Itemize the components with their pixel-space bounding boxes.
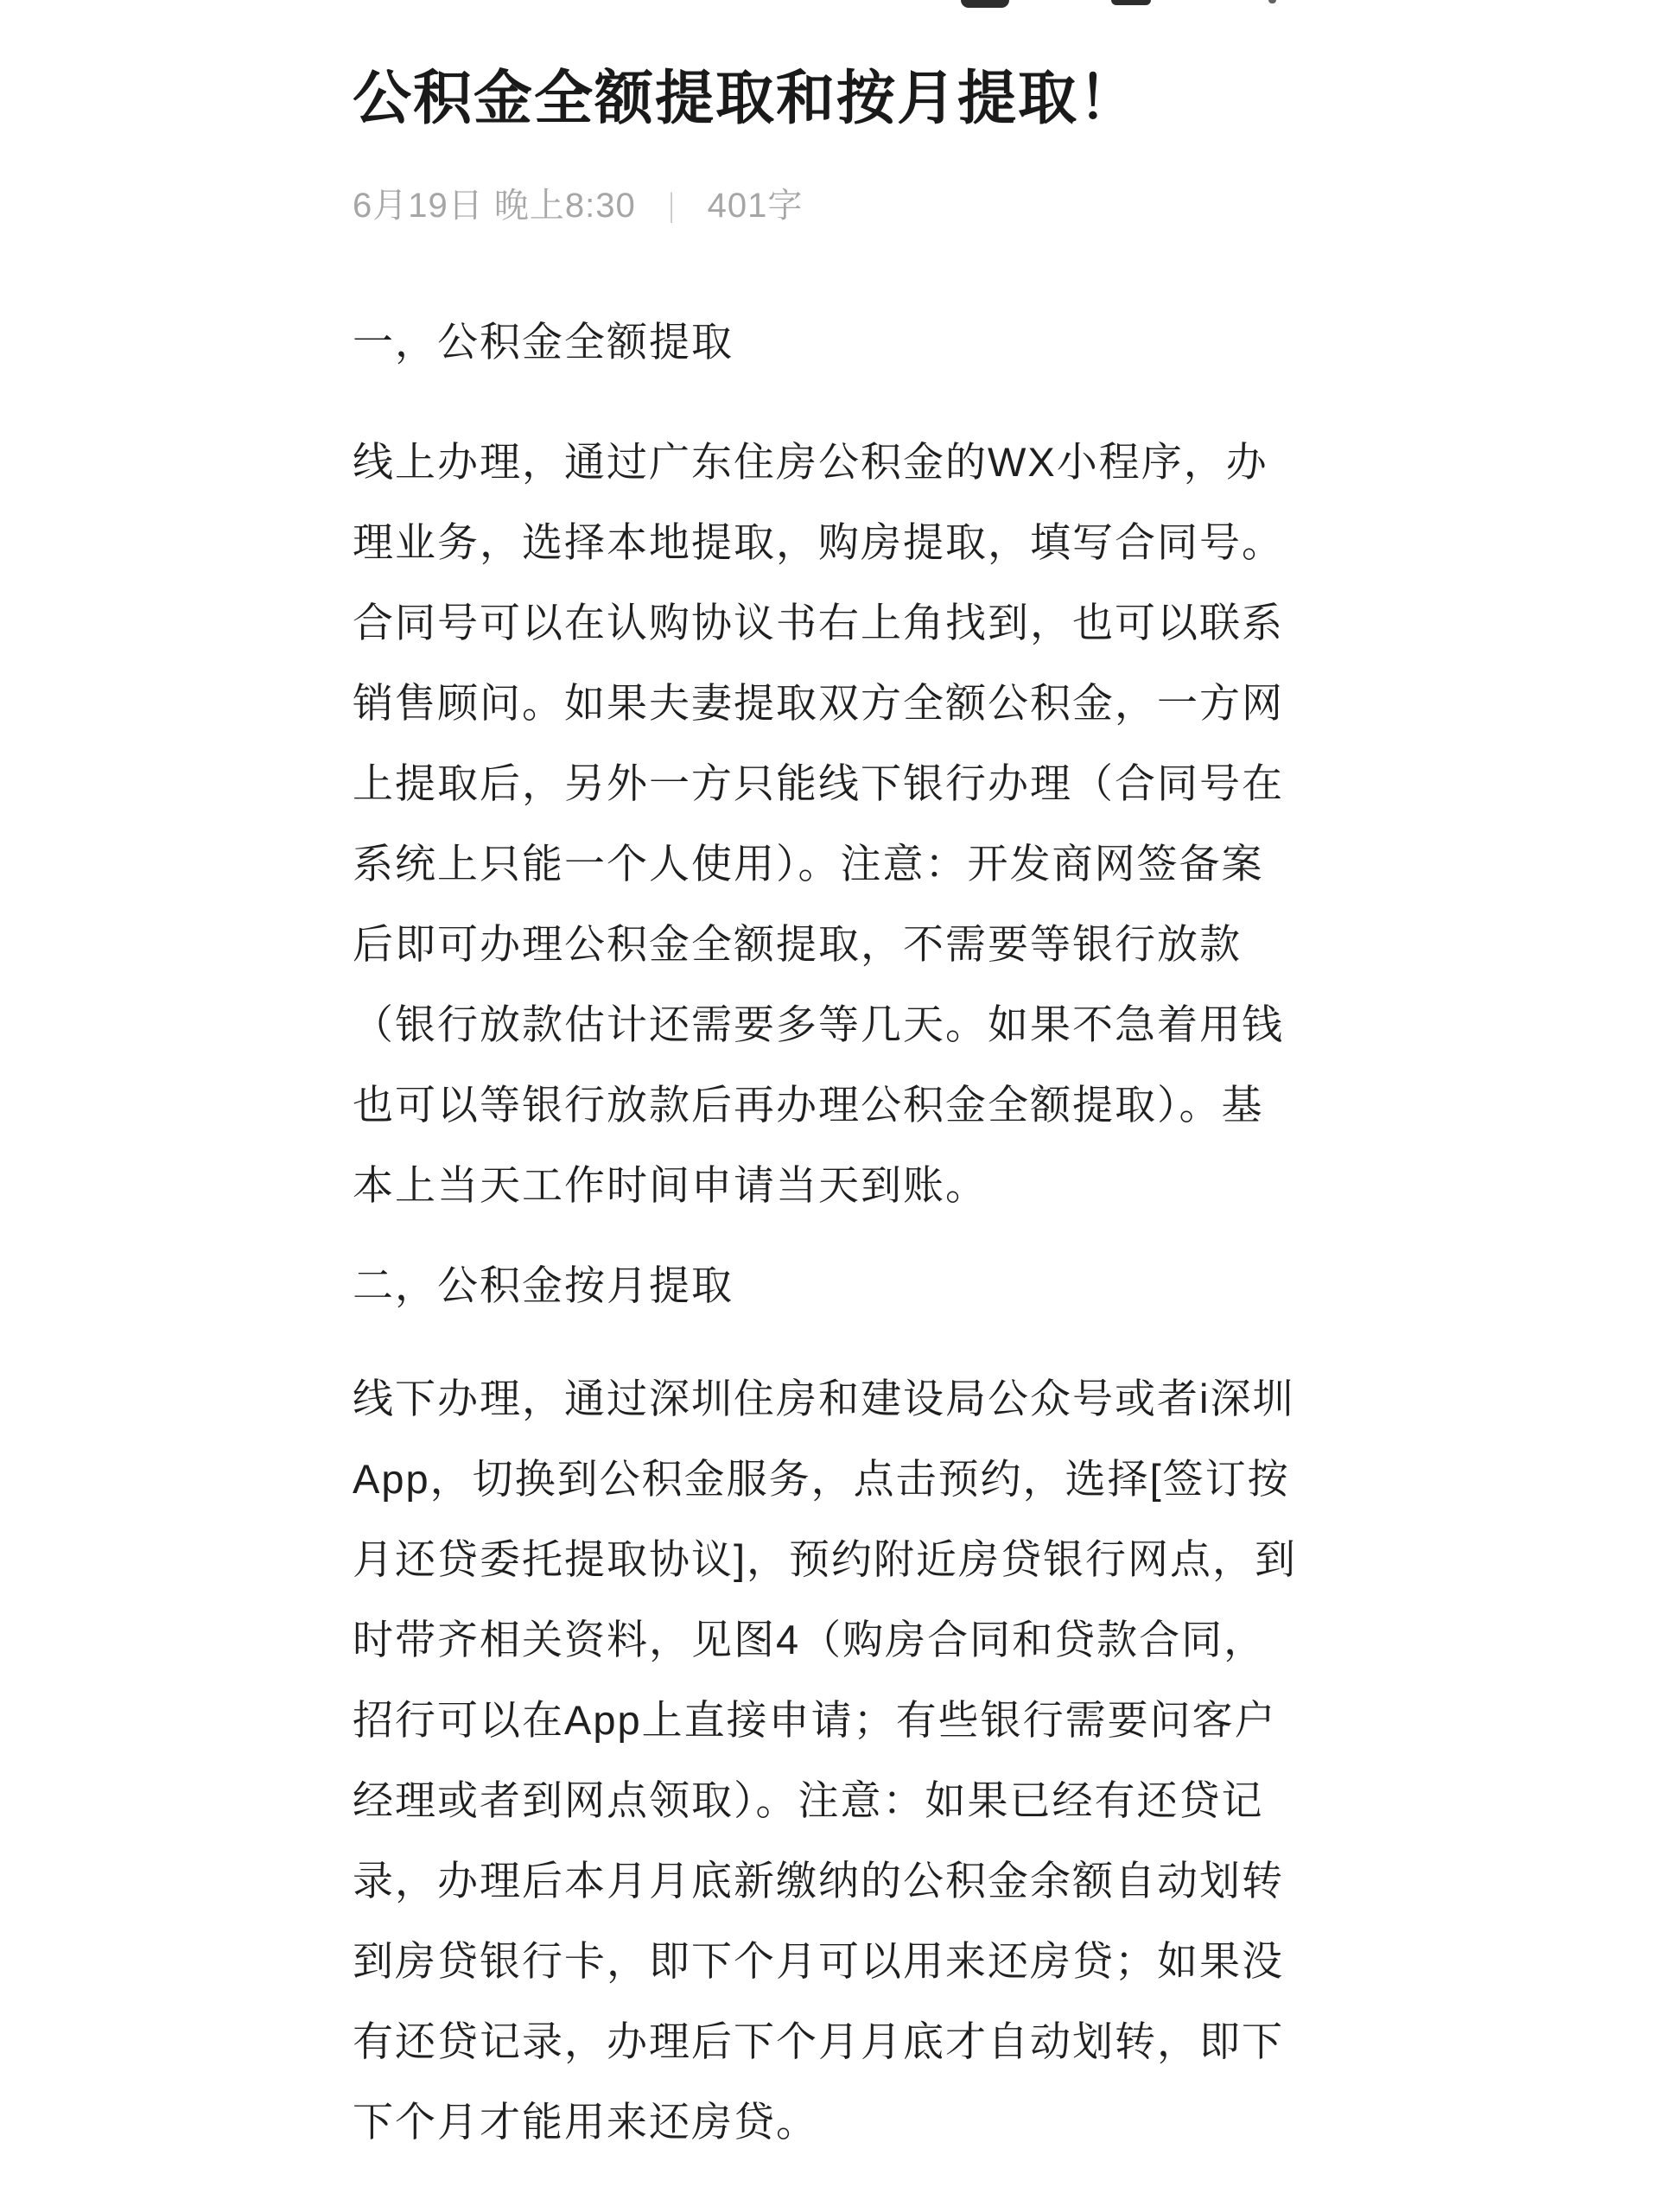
- meta-divider: |: [669, 188, 675, 223]
- paragraph-line: 也可以等银行放款后再办理公积金全额提取）。基: [353, 1065, 1348, 1145]
- note-meta: 6月19日 晚上8:30 | 401字: [353, 188, 1348, 223]
- paragraph-line: 到房贷银行卡，即下个月可以用来还房贷；如果没: [353, 1921, 1348, 2001]
- note-content: 公积金全额提取和按月提取！ 6月19日 晚上8:30 | 401字 一，公积金全…: [0, 57, 1659, 2162]
- paragraph-line: 录，办理后本月月底新缴纳的公积金余额自动划转: [353, 1840, 1348, 1921]
- paragraph: 线下办理，通过深圳住房和建设局公众号或者i深圳App，切换到公积金服务，点击预约…: [353, 1358, 1348, 2162]
- paragraph-line: 线上办理，通过广东住房公积金的WX小程序，办: [353, 422, 1348, 502]
- paragraph-line: 下个月才能用来还房贷。: [353, 2082, 1348, 2162]
- paragraph-line: 后即可办理公积金全额提取，不需要等银行放款: [353, 904, 1348, 984]
- paragraph-line: 月还贷委托提取协议]，预约附近房贷银行网点，到: [353, 1519, 1348, 1599]
- paragraph-line: 时带齐相关资料，见图4（购房合同和贷款合同，: [353, 1599, 1348, 1680]
- meta-word-count: 401字: [708, 188, 804, 223]
- paragraph-line: 销售顾问。如果夫妻提取双方全额公积金，一方网: [353, 663, 1348, 743]
- paragraph-line: 招行可以在App上直接申请；有些银行需要问客户: [353, 1680, 1348, 1760]
- paragraph: 线上办理，通过广东住房公积金的WX小程序，办理业务，选择本地提取，购房提取，填写…: [353, 422, 1348, 1225]
- section-heading: 二，公积金按月提取: [353, 1263, 1348, 1308]
- cropped-toolbar-icon[interactable]: [1111, 0, 1151, 5]
- paragraph-line: 有还贷记录，办理后下个月月底才自动划转，即下: [353, 2001, 1348, 2082]
- paragraph-line: 本上当天工作时间申请当天到账。: [353, 1145, 1348, 1225]
- section-monthly-withdrawal: 二，公积金按月提取 线下办理，通过深圳住房和建设局公众号或者i深圳App，切换到…: [353, 1263, 1348, 2162]
- paragraph-line: App，切换到公积金服务，点击预约，选择[签订按: [353, 1439, 1348, 1519]
- cropped-toolbar-icon[interactable]: [961, 0, 1009, 8]
- section-heading: 一，公积金全额提取: [353, 320, 1348, 365]
- cropped-toolbar-icon[interactable]: [1268, 0, 1276, 3]
- notes-app-page: 公积金全额提取和按月提取！ 6月19日 晚上8:30 | 401字 一，公积金全…: [0, 0, 1659, 2212]
- paragraph-line: 合同号可以在认购协议书右上角找到，也可以联系: [353, 582, 1348, 663]
- paragraph-line: 经理或者到网点领取）。注意：如果已经有还贷记: [353, 1760, 1348, 1840]
- cropped-toolbar: [0, 0, 1659, 10]
- note-title: 公积金全额提取和按月提取！: [353, 57, 1348, 140]
- meta-datetime: 6月19日 晚上8:30: [353, 188, 636, 223]
- paragraph-line: （银行放款估计还需要多等几天。如果不急着用钱: [353, 984, 1348, 1065]
- paragraph-line: 系统上只能一个人使用）。注意：开发商网签备案: [353, 823, 1348, 904]
- paragraph-line: 线下办理，通过深圳住房和建设局公众号或者i深圳: [353, 1358, 1348, 1439]
- paragraph-line: 上提取后，另外一方只能线下银行办理（合同号在: [353, 743, 1348, 823]
- paragraph-line: 理业务，选择本地提取，购房提取，填写合同号。: [353, 502, 1348, 582]
- section-full-withdrawal: 一，公积金全额提取 线上办理，通过广东住房公积金的WX小程序，办理业务，选择本地…: [353, 320, 1348, 1225]
